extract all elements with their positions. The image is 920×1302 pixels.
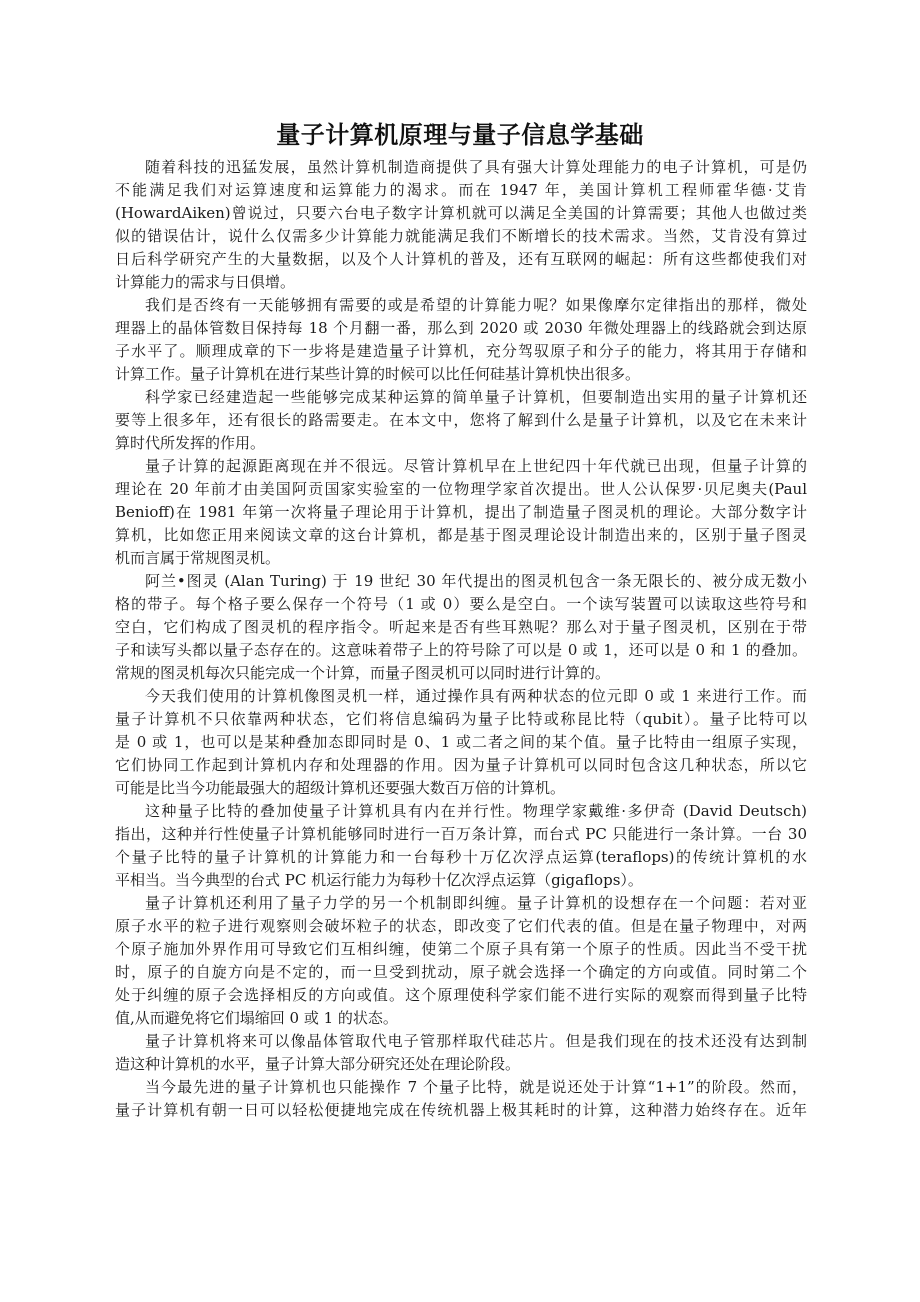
paragraph: 阿兰•图灵 (Alan Turing) 于 19 世纪 30 年代提出的图灵机包… [115, 570, 807, 685]
paragraph-line: 常规的图灵机每次只能完成一个计算，而量子图灵机可以同时进行计算的。 [115, 662, 807, 685]
paragraph-line: Benioff)在 1981 年第一次将量子理论用于计算机，提出了制造量子图灵机… [115, 501, 807, 524]
paragraph-line: 格的带子。每个格子要么保存一个符号（1 或 0）要么是空白。一个读写装置可以读取… [115, 593, 807, 616]
paragraph-line: 理器上的晶体管数目保持每 18 个月翻一番，那么到 2020 或 2030 年微… [115, 317, 807, 340]
paragraph-line: 空白，它们构成了图灵机的程序指令。听起来是否有些耳熟呢？那么对于量子图灵机，区别… [115, 616, 807, 639]
paragraph-line: 原子水平的粒子进行观察则会破坏粒子的状态，即改变了它们代表的值。但是在量子物理中… [115, 915, 807, 938]
paragraph-line: 值,从而避免将它们塌缩回 0 或 1 的状态。 [115, 1007, 807, 1030]
paragraph-line: 处于纠缠的原子会选择相反的方向或值。这个原理使科学家们能不进行实际的观察而得到量… [115, 984, 807, 1007]
document-body: 随着科技的迅猛发展，虽然计算机制造商提供了具有强大计算处理能力的电子计算机，可是… [115, 156, 807, 1122]
paragraph: 随着科技的迅猛发展，虽然计算机制造商提供了具有强大计算处理能力的电子计算机，可是… [115, 156, 807, 294]
paragraph-line: 量子计算机还利用了量子力学的另一个机制即纠缠。量子计算机的设想存在一个问题：若对… [115, 892, 807, 915]
paragraph-line: 子和读写头都以量子态存在的。这意味着带子上的符号除了可以是 0 或 1，还可以是… [115, 639, 807, 662]
paragraph: 量子计算机还利用了量子力学的另一个机制即纠缠。量子计算机的设想存在一个问题：若对… [115, 892, 807, 1030]
paragraph-line: 似的错误估计，说什么仅需多少计算能力就能满足我们不断增长的技术需求。当然，艾肯没… [115, 225, 807, 248]
paragraph-line: 算时代所发挥的作用。 [115, 432, 807, 455]
paragraph-line: 个量子比特的量子计算机的计算能力和一台每秒十万亿次浮点运算(teraflops)… [115, 846, 807, 869]
paragraph-line: 机而言属于常规图灵机。 [115, 547, 807, 570]
paragraph: 科学家已经建造起一些能够完成某种运算的简单量子计算机，但要制造出实用的量子计算机… [115, 386, 807, 455]
paragraph-line: 量子计算机有朝一日可以轻松便捷地完成在传统机器上极其耗时的计算，这种潜力始终存在… [115, 1099, 807, 1122]
paragraph-line: 算机，比如您正用来阅读文章的这台计算机，都是基于图灵理论设计制造出来的，区别于量… [115, 524, 807, 547]
paragraph-line: 个原子施加外界作用可导致它们互相纠缠，使第二个原子具有第一个原子的性质。因此当不… [115, 938, 807, 961]
paragraph-line: (HowardAiken)曾说过，只要六台电子数字计算机就可以满足全美国的计算需… [115, 202, 807, 225]
paragraph-line: 量子计算机不只依靠两种状态，它们将信息编码为量子比特或称昆比特（qubit）。量… [115, 708, 807, 731]
paragraph-line: 计算能力的需求与日俱增。 [115, 271, 807, 294]
paragraph: 量子计算机将来可以像晶体管取代电子管那样取代硅芯片。但是我们现在的技术还没有达到… [115, 1030, 807, 1076]
paragraph-line: 不能满足我们对运算速度和运算能力的渴求。而在 1947 年，美国计算机工程师霍华… [115, 179, 807, 202]
paragraph-line: 阿兰•图灵 (Alan Turing) 于 19 世纪 30 年代提出的图灵机包… [115, 570, 807, 593]
paragraph-line: 要等上很多年，还有很长的路需要走。在本文中，您将了解到什么是量子计算机，以及它在… [115, 409, 807, 432]
paragraph-line: 造这种计算机的水平，量子计算大部分研究还处在理论阶段。 [115, 1053, 807, 1076]
paragraph-line: 日后科学研究产生的大量数据，以及个人计算机的普及，还有互联网的崛起：所有这些都使… [115, 248, 807, 271]
paragraph-line: 量子计算机将来可以像晶体管取代电子管那样取代硅芯片。但是我们现在的技术还没有达到… [115, 1030, 807, 1053]
paragraph: 当今最先进的量子计算机也只能操作 7 个量子比特，就是说还处于计算“1+1”的阶… [115, 1076, 807, 1122]
paragraph-line: 当今最先进的量子计算机也只能操作 7 个量子比特，就是说还处于计算“1+1”的阶… [115, 1076, 807, 1099]
paragraph-line: 时，原子的自旋方向是不定的，而一旦受到扰动，原子就会选择一个确定的方向或值。同时… [115, 961, 807, 984]
document-title: 量子计算机原理与量子信息学基础 [0, 118, 920, 152]
paragraph: 今天我们使用的计算机像图灵机一样，通过操作具有两种状态的位元即 0 或 1 来进… [115, 685, 807, 800]
paragraph-line: 科学家已经建造起一些能够完成某种运算的简单量子计算机，但要制造出实用的量子计算机… [115, 386, 807, 409]
paragraph-line: 今天我们使用的计算机像图灵机一样，通过操作具有两种状态的位元即 0 或 1 来进… [115, 685, 807, 708]
paragraph-line: 理论在 20 年前才由美国阿贡国家实验室的一位物理学家首次提出。世人公认保罗·贝… [115, 478, 807, 501]
paragraph: 量子计算的起源距离现在并不很远。尽管计算机早在上世纪四十年代就已出现，但量子计算… [115, 455, 807, 570]
paragraph-line: 子水平了。顺理成章的下一步将是建造量子计算机，充分驾驭原子和分子的能力，将其用于… [115, 340, 807, 363]
paragraph-line: 平相当。当今典型的台式 PC 机运行能力为每秒十亿次浮点运算（gigaflops… [115, 869, 807, 892]
paragraph-line: 指出，这种并行性使量子计算机能够同时进行一百万条计算，而台式 PC 只能进行一条… [115, 823, 807, 846]
paragraph-line: 可能是比当今功能最强大的超级计算机还要强大数百万倍的计算机。 [115, 777, 807, 800]
paragraph: 这种量子比特的叠加使量子计算机具有内在并行性。物理学家戴维·多伊奇 (David… [115, 800, 807, 892]
paragraph-line: 计算工作。量子计算机在进行某些计算的时候可以比任何硅基计算机快出很多。 [115, 363, 807, 386]
document-page: 量子计算机原理与量子信息学基础 随着科技的迅猛发展，虽然计算机制造商提供了具有强… [0, 0, 920, 1302]
paragraph-line: 这种量子比特的叠加使量子计算机具有内在并行性。物理学家戴维·多伊奇 (David… [115, 800, 807, 823]
paragraph-line: 随着科技的迅猛发展，虽然计算机制造商提供了具有强大计算处理能力的电子计算机，可是… [115, 156, 807, 179]
paragraph-line: 量子计算的起源距离现在并不很远。尽管计算机早在上世纪四十年代就已出现，但量子计算… [115, 455, 807, 478]
paragraph-line: 我们是否终有一天能够拥有需要的或是希望的计算能力呢？如果像摩尔定律指出的那样，微… [115, 294, 807, 317]
paragraph-line: 是 0 或 1，也可以是某种叠加态即同时是 0、1 或二者之间的某个值。量子比特… [115, 731, 807, 754]
paragraph: 我们是否终有一天能够拥有需要的或是希望的计算能力呢？如果像摩尔定律指出的那样，微… [115, 294, 807, 386]
paragraph-line: 它们协同工作起到计算机内存和处理器的作用。因为量子计算机可以同时包含这几种状态，… [115, 754, 807, 777]
